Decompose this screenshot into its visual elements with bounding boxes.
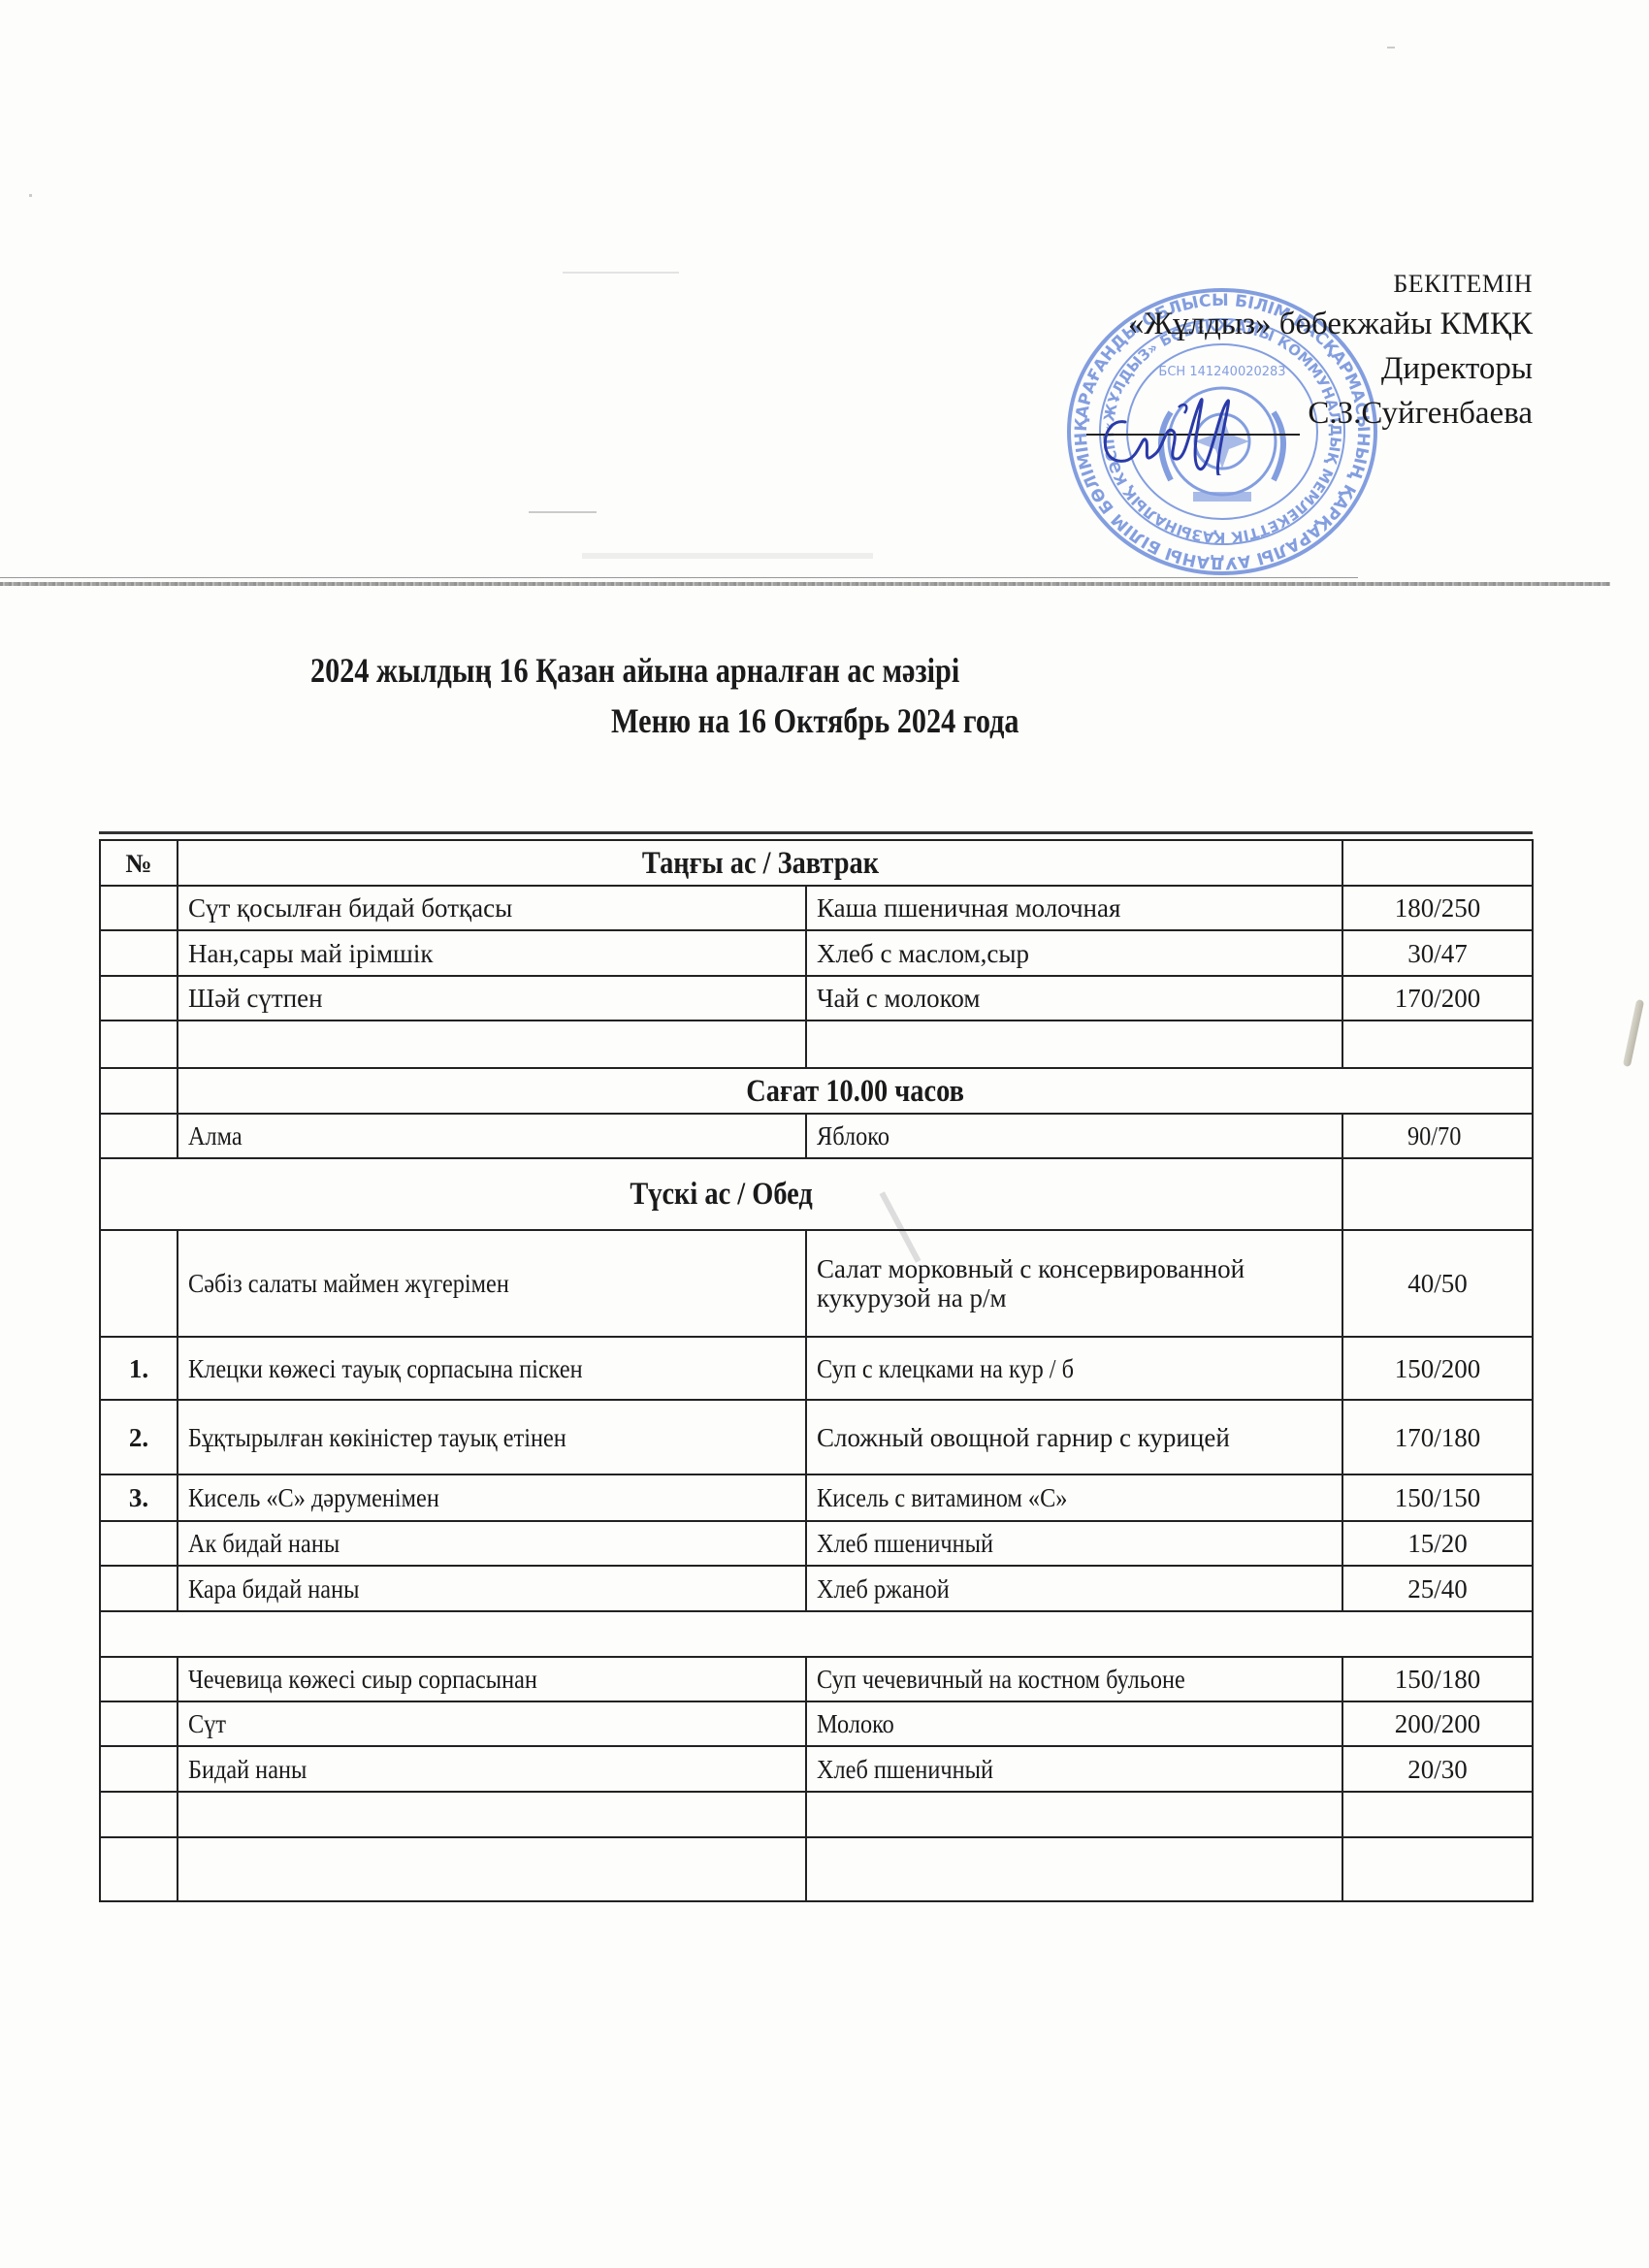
approval-label: БЕКІТЕМІН [989, 267, 1533, 302]
portion: 20/30 [1342, 1746, 1533, 1792]
dish-ru: Хлеб пшеничный [806, 1746, 1342, 1792]
dish-kz: Бидай наны [178, 1746, 806, 1792]
row-number [100, 1837, 178, 1901]
portion: 150/180 [1342, 1657, 1533, 1701]
title-kazakh: 2024 жылдың 16 Қазан айына арналған ас м… [310, 650, 959, 691]
row-number: 3. [100, 1474, 178, 1521]
row-number [100, 1746, 178, 1792]
table-row: Бидай наны Хлеб пшеничный 20/30 [100, 1746, 1533, 1792]
dish-ru: Каша пшеничная молочная [806, 886, 1342, 930]
scan-speck [563, 272, 679, 274]
portion [1342, 1021, 1533, 1068]
row-number [100, 1566, 178, 1611]
dish-kz: Сәбіз салаты маймен жүгерімен [178, 1230, 806, 1337]
lunch-header-row: Түскі ас / Обед [100, 1158, 1533, 1230]
dish-ru: Суп чечевичный на костном бульоне [806, 1657, 1342, 1701]
approval-organization: «Жұлдыз» бөбекжайы КМҚК [989, 302, 1533, 346]
portion: 180/250 [1342, 886, 1533, 930]
table-row: Ак бидай наны Хлеб пшеничный 15/20 [100, 1521, 1533, 1566]
portion: 25/40 [1342, 1566, 1533, 1611]
dish-ru: Кисель с витамином «С» [806, 1474, 1342, 1521]
separator-row [100, 1611, 1533, 1657]
number-header: № [100, 840, 178, 886]
portion: 40/50 [1342, 1230, 1533, 1337]
separator-cell [100, 1611, 1533, 1657]
dish-ru [806, 1792, 1342, 1837]
dish-ru: Сложный овощной гарнир с курицей [806, 1400, 1342, 1474]
table-top-rule [99, 831, 1533, 834]
director-signature-icon [1086, 369, 1251, 475]
snack-header: Сағат 10.00 часов [178, 1068, 1533, 1114]
dish-kz: Сүт қосылған бидай ботқасы [178, 886, 806, 930]
table-row: Алма Яблоко 90/70 [100, 1114, 1533, 1158]
table-row-empty [100, 1792, 1533, 1837]
dish-kz: Клецки көжесі тауық сорпасына піскен [178, 1337, 806, 1400]
table-row: 3. Кисель «С» дәруменімен Кисель с витам… [100, 1474, 1533, 1521]
table-row: Сүт қосылған бидай ботқасы Каша пшенична… [100, 886, 1533, 930]
dish-ru: Чай с молоком [806, 976, 1342, 1021]
portion: 170/200 [1342, 976, 1533, 1021]
approval-position: Директоры [989, 346, 1533, 391]
table-row: Сәбіз салаты маймен жүгерімен Салат морк… [100, 1230, 1533, 1337]
dish-kz: Шәй сүтпен [178, 976, 806, 1021]
header-divider-rule [0, 582, 1610, 586]
dish-ru [806, 1837, 1342, 1901]
row-number [100, 1792, 178, 1837]
portion: 150/200 [1342, 1337, 1533, 1400]
row-number [100, 1657, 178, 1701]
table-row: Шәй сүтпен Чай с молоком 170/200 [100, 976, 1533, 1021]
snack-header-row: Сағат 10.00 часов [100, 1068, 1533, 1114]
portion-header-empty [1342, 840, 1533, 886]
dish-kz [178, 1792, 806, 1837]
lunch-header: Түскі ас / Обед [100, 1158, 1342, 1230]
row-number [100, 930, 178, 976]
row-number [100, 886, 178, 930]
dish-kz [178, 1837, 806, 1901]
dish-ru: Молоко [806, 1701, 1342, 1746]
row-number [100, 1114, 178, 1158]
dish-kz: Кара бидай наны [178, 1566, 806, 1611]
row-number [100, 1230, 178, 1337]
title-russian: Меню на 16 Октябрь 2024 года [611, 700, 1018, 741]
menu-table: № Таңғы ас / Завтрак Сүт қосылған бидай … [99, 839, 1534, 1902]
dish-kz: Сүт [178, 1701, 806, 1746]
row-number: 1. [100, 1337, 178, 1400]
dish-ru: Хлеб пшеничный [806, 1521, 1342, 1566]
row-number: 2. [100, 1400, 178, 1474]
scan-speck [582, 553, 873, 559]
dish-ru: Хлеб ржаной [806, 1566, 1342, 1611]
portion: 15/20 [1342, 1521, 1533, 1566]
table-row-empty [100, 1837, 1533, 1901]
dish-kz: Нан,сары май ірімшік [178, 930, 806, 976]
dish-ru [806, 1021, 1342, 1068]
dish-kz: Ак бидай наны [178, 1521, 806, 1566]
portion [1342, 1792, 1533, 1837]
dish-kz: Кисель «С» дәруменімен [178, 1474, 806, 1521]
portion: 90/70 [1342, 1114, 1533, 1158]
dish-kz: Бұқтырылған көкіністер тауық етінен [178, 1400, 806, 1474]
scan-fold-mark [1623, 999, 1644, 1067]
portion: 200/200 [1342, 1701, 1533, 1746]
dish-kz [178, 1021, 806, 1068]
table-row: Чечевица көжесі сиыр сорпасынан Суп чече… [100, 1657, 1533, 1701]
approval-name: С.З.Суйгенбаева [1308, 391, 1533, 436]
portion: 30/47 [1342, 930, 1533, 976]
breakfast-header-row: № Таңғы ас / Завтрак [100, 840, 1533, 886]
row-number [100, 1521, 178, 1566]
table-row: Кара бидай наны Хлеб ржаной 25/40 [100, 1566, 1533, 1611]
approval-block: БЕКІТЕМІН «Жұлдыз» бөбекжайы КМҚК Директ… [989, 267, 1533, 436]
scan-speck [1387, 47, 1395, 49]
breakfast-header: Таңғы ас / Завтрак [178, 840, 1342, 886]
portion [1342, 1837, 1533, 1901]
row-number [100, 976, 178, 1021]
portion: 150/150 [1342, 1474, 1533, 1521]
lunch-portion-empty [1342, 1158, 1533, 1230]
dish-ru: Хлеб с маслом,сыр [806, 930, 1342, 976]
table-row: 1. Клецки көжесі тауық сорпасына піскен … [100, 1337, 1533, 1400]
portion: 170/180 [1342, 1400, 1533, 1474]
header-divider-line [0, 577, 1358, 578]
table-row: Нан,сары май ірімшік Хлеб с маслом,сыр 3… [100, 930, 1533, 976]
row-number [100, 1701, 178, 1746]
dish-ru: Яблоко [806, 1114, 1342, 1158]
scan-speck [29, 194, 32, 197]
signature-row: С.З.Суйгенбаева [989, 391, 1533, 436]
row-number [100, 1021, 178, 1068]
scan-speck [529, 511, 597, 513]
table-row-empty [100, 1021, 1533, 1068]
table-row: Сүт Молоко 200/200 [100, 1701, 1533, 1746]
dish-ru: Суп с клецками на кур / б [806, 1337, 1342, 1400]
snack-number-empty [100, 1068, 178, 1114]
dish-ru: Салат морковный с консервированной кукур… [806, 1230, 1342, 1337]
dish-kz: Чечевица көжесі сиыр сорпасынан [178, 1657, 806, 1701]
dish-kz: Алма [178, 1114, 806, 1158]
table-row: 2. Бұқтырылған көкіністер тауық етінен С… [100, 1400, 1533, 1474]
